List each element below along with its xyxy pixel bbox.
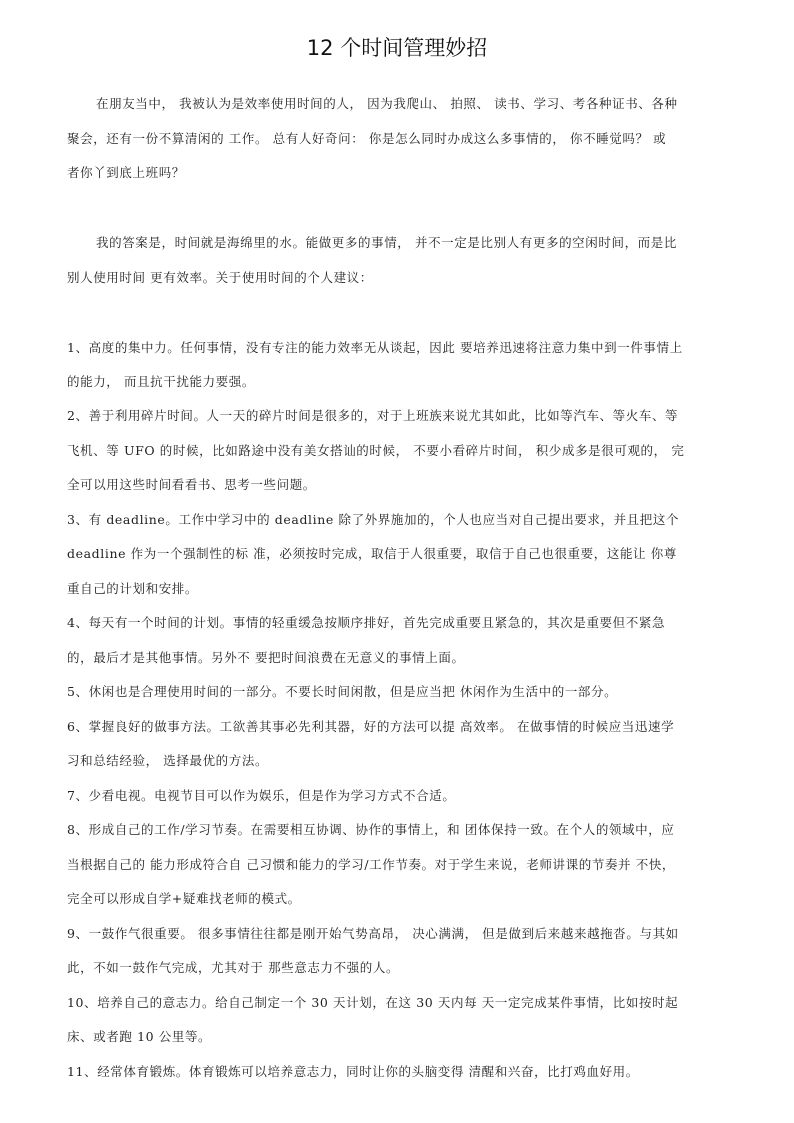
text-line: 7、少看电视。电视节目可以作为娱乐，但是作为学习方式不合适。 [67,788,727,804]
text-line: 的，最后才是其他事情。另外不 要把时间浪费在无意义的事情上面。 [67,650,727,666]
text-line: 6、掌握良好的做事方法。工欲善其事必先利其器，好的方法可以提 高效率。 在做事情… [67,719,727,735]
text-line: 的能力， 而且抗干扰能力要强。 [67,374,727,390]
text-line: 完全可以形成自学+疑难找老师的模式。 [67,891,727,907]
text-line: 习和总结经验， 选择最优的方法。 [67,753,727,769]
text-line: 在朋友当中， 我被认为是效率使用时间的人， 因为我爬山、 拍照、 读书、学习、考… [96,96,756,112]
text-line: 8、形成自己的工作/学习节奏。在需要相互协调、协作的事情上，和 团体保持一致。在… [67,822,727,838]
text-line: 聚会，还有一份不算清闲的 工作。 总有人好奇问： 你是怎么同时办成这么多事情的，… [67,131,727,147]
text-line: 重自己的计划和安排。 [67,581,727,597]
text-line: 当根据自己的 能力形成符合自 己习惯和能力的学习/工作节奏。对于学生来说，老师讲… [67,857,727,873]
text-line: 床、或者跑 10 公里等。 [67,1029,727,1045]
text-line: 全可以用这些时间看看书、思考一些问题。 [67,477,727,493]
text-line: 1、高度的集中力。任何事情，没有专注的能力效率无从谈起，因此 要培养迅速将注意力… [67,340,727,356]
text-line: 10、培养自己的意志力。给自己制定一个 30 天计划，在这 30 天内每 天一定… [67,995,727,1011]
text-line: 我的答案是，时间就是海绵里的水。能做更多的事情， 并不一定是比别人有更多的空闲时… [96,235,756,251]
text-line: 者你丫到底上班吗？ [67,165,727,181]
text-line: 别人使用时间 更有效率。关于使用时间的个人建议： [67,270,727,286]
text-line: 此，不如一鼓作气完成，尤其对于 那些意志力不强的人。 [67,960,727,976]
page-title: 12 个时间管理妙招 [0,34,794,62]
text-line: 飞机、等 UFO 的时候，比如路途中没有美女搭讪的时候， 不要小看碎片时间， 积… [67,443,727,459]
text-line: 2、善于利用碎片时间。人一天的碎片时间是很多的，对于上班族来说尤其如此，比如等汽… [67,408,727,424]
text-line: deadline 作为一个强制性的标 准，必须按时完成，取信于人很重要，取信于自… [67,546,727,562]
text-line: 11、经常体育锻炼。体育锻炼可以培养意志力，同时让你的头脑变得 清醒和兴奋，比打… [67,1064,727,1080]
text-line: 9、一鼓作气很重要。 很多事情往往都是刚开始气势高昂， 决心满满， 但是做到后来… [67,926,727,942]
text-line: 5、休闲也是合理使用时间的一部分。不要长时间闲散，但是应当把 休闲作为生活中的一… [67,684,727,700]
text-line: 4、每天有一个时间的计划。事情的轻重缓急按顺序排好，首先完成重要且紧急的，其次是… [67,615,727,631]
document-page: 12 个时间管理妙招 在朋友当中， 我被认为是效率使用时间的人， 因为我爬山、 … [0,0,794,1123]
text-line: 3、有 deadline。工作中学习中的 deadline 除了外界施加的，个人… [67,512,727,528]
